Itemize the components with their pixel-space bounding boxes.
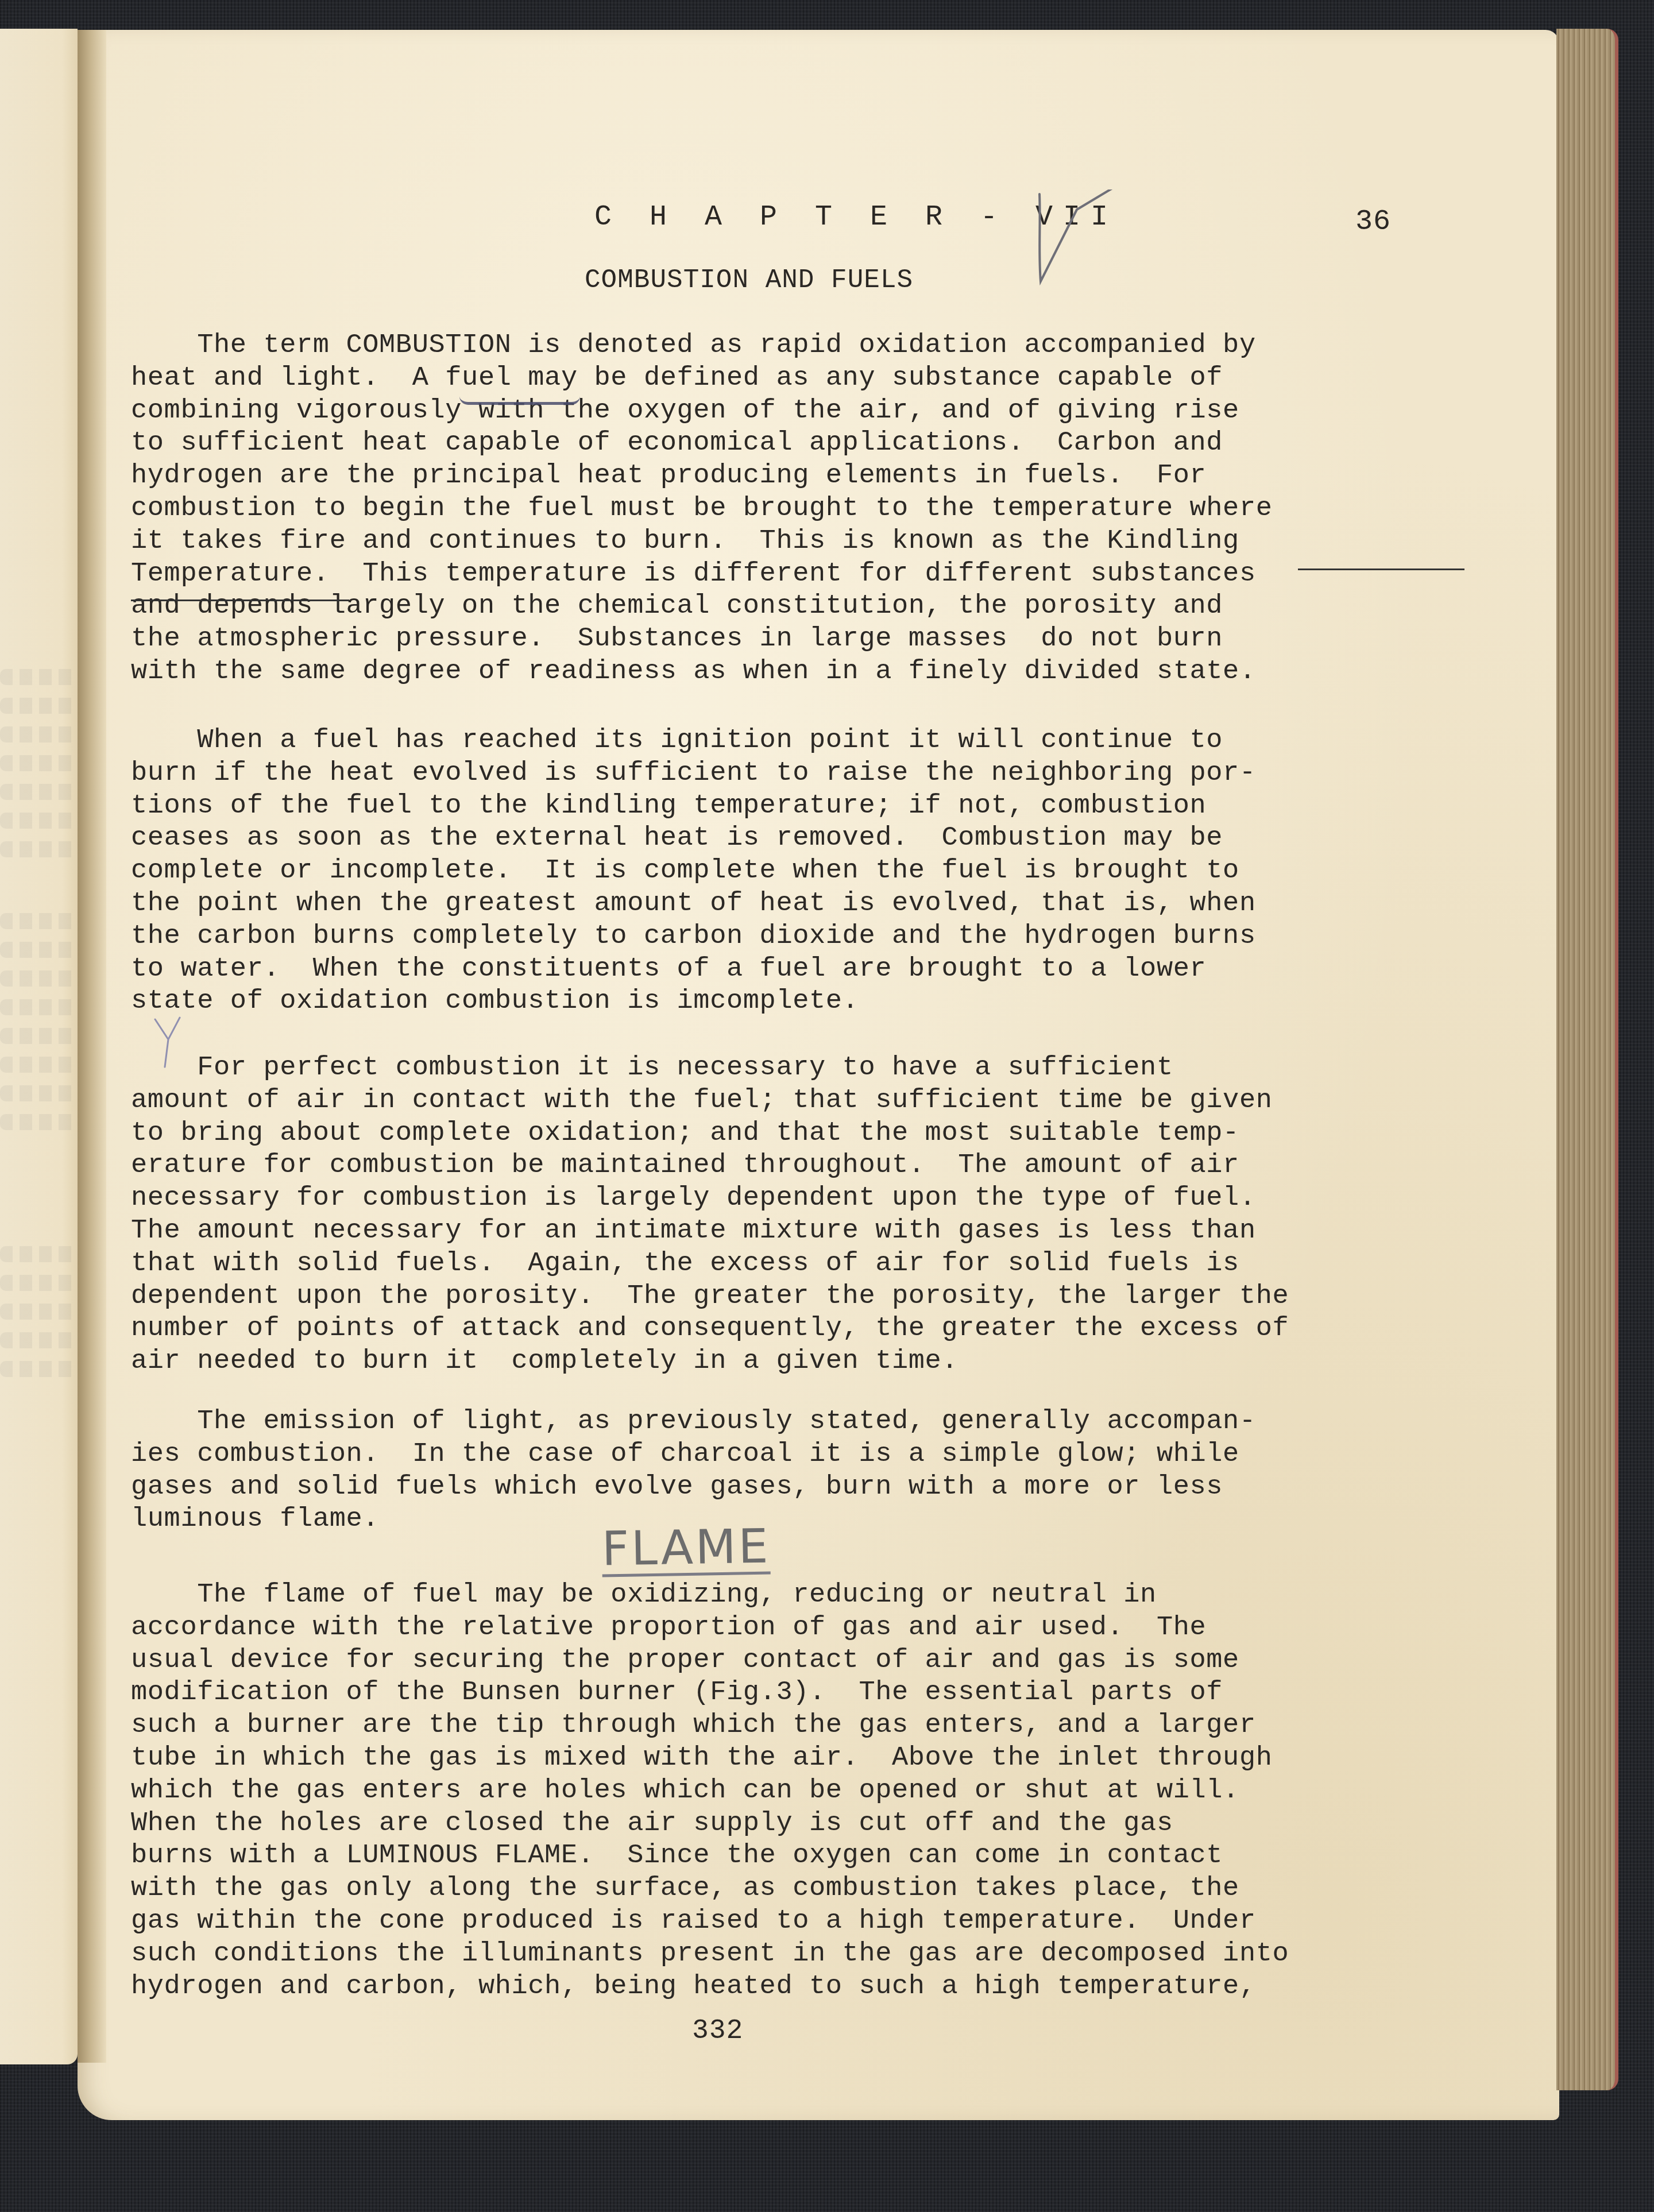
bleed-through-text	[0, 1246, 78, 1262]
previous-page-edge	[0, 29, 78, 2064]
paragraph-4: The emission of light, as previously sta…	[131, 1406, 1256, 1536]
handwritten-flame-heading: FLAME	[601, 1523, 771, 1577]
text-line: hydrogen and carbon, which, being heated…	[131, 1971, 1289, 2004]
text-line: The emission of light, as previously sta…	[131, 1406, 1256, 1438]
text-line: gas within the cone produced is raised t…	[131, 1905, 1289, 1938]
text-line: ceases as soon as the external heat is r…	[131, 822, 1256, 855]
gutter-shadow	[78, 30, 106, 2063]
text-line: amount of air in contact with the fuel; …	[131, 1085, 1289, 1117]
text-line: the atmospheric pressure. Substances in …	[131, 623, 1273, 656]
page-number-top: 36	[1355, 206, 1391, 238]
text-line: with the gas only along the surface, as …	[131, 1873, 1289, 1905]
bleed-through-text	[0, 1275, 78, 1291]
bleed-through-text	[0, 1332, 78, 1348]
text-line: erature for combustion be maintained thr…	[131, 1150, 1289, 1182]
bleed-through-text	[0, 1057, 78, 1073]
text-line: the point when the greatest amount of he…	[131, 888, 1256, 921]
text-line: necessary for combustion is largely depe…	[131, 1182, 1289, 1215]
paragraph-3: For perfect combustion it is necessary t…	[131, 1052, 1289, 1378]
bleed-through-text	[0, 841, 78, 857]
text-line: combustion to begin the fuel must be bro…	[131, 493, 1273, 525]
text-line: the carbon burns completely to carbon di…	[131, 921, 1256, 953]
text-line: number of points of attack and consequen…	[131, 1313, 1289, 1345]
book-fore-edge	[1556, 29, 1618, 2090]
bleed-through-text	[0, 1361, 78, 1377]
text-line: dependent upon the porosity. The greater…	[131, 1281, 1289, 1313]
bleed-through-text	[0, 999, 78, 1015]
bleed-through-text	[0, 913, 78, 929]
text-line: which the gas enters are holes which can…	[131, 1775, 1289, 1808]
text-line: tions of the fuel to the kindling temper…	[131, 790, 1256, 823]
bleed-through-text	[0, 1304, 78, 1320]
text-line: and depends largely on the chemical cons…	[131, 590, 1273, 623]
text-line: usual device for securing the proper con…	[131, 1645, 1289, 1677]
bleed-through-text	[0, 942, 78, 958]
text-line: heat and light. A fuel may be defined as…	[131, 362, 1273, 395]
text-line: tube in which the gas is mixed with the …	[131, 1742, 1289, 1775]
pencil-underline	[459, 396, 580, 405]
typed-underline	[1298, 569, 1464, 570]
text-line: combining vigorously with the oxygen of …	[131, 395, 1273, 428]
bleed-through-text	[0, 970, 78, 987]
text-line: to bring about complete oxidation; and t…	[131, 1117, 1289, 1150]
bleed-through-text	[0, 813, 78, 829]
bleed-through-text	[0, 1085, 78, 1101]
text-line: burns with a LUMINOUS FLAME. Since the o…	[131, 1840, 1289, 1873]
text-line: Temperature. This temperature is differe…	[131, 558, 1273, 591]
bleed-through-text	[0, 726, 78, 743]
bleed-through-text	[0, 1028, 78, 1044]
text-line: For perfect combustion it is necessary t…	[131, 1052, 1289, 1085]
text-line: such conditions the illuminants present …	[131, 1938, 1289, 1971]
bleed-through-text	[0, 755, 78, 771]
text-line: The amount necessary for an intimate mix…	[131, 1215, 1289, 1248]
text-line: When a fuel has reached its ignition poi…	[131, 725, 1256, 757]
text-line: to sufficient heat capable of economical…	[131, 427, 1273, 460]
check-mark-icon	[1034, 190, 1137, 293]
bleed-through-text	[0, 784, 78, 800]
paragraph-2: When a fuel has reached its ignition poi…	[131, 725, 1256, 1018]
text-line: accordance with the relative proportion …	[131, 1612, 1289, 1645]
text-line: ies combustion. In the case of charcoal …	[131, 1438, 1256, 1471]
page-number-bottom: 332	[692, 2016, 743, 2047]
chapter-title: COMBUSTION AND FUELS	[585, 265, 913, 295]
text-line: state of oxidation combustion is imcompl…	[131, 985, 1256, 1018]
text-line: that with solid fuels. Again, the excess…	[131, 1248, 1289, 1281]
text-line: When the holes are closed the air supply…	[131, 1808, 1289, 1840]
text-line: The term COMBUSTION is denoted as rapid …	[131, 330, 1273, 362]
bleed-through-text	[0, 669, 78, 685]
text-line: complete or incomplete. It is complete w…	[131, 855, 1256, 888]
text-line: it takes fire and continues to burn. Thi…	[131, 525, 1273, 558]
text-line: burn if the heat evolved is sufficient t…	[131, 757, 1256, 790]
bleed-through-text	[0, 1114, 78, 1130]
text-line: gases and solid fuels which evolve gases…	[131, 1471, 1256, 1504]
text-line: with the same degree of readiness as whe…	[131, 656, 1273, 689]
text-line: air needed to burn it completely in a gi…	[131, 1345, 1289, 1378]
paragraph-1: The term COMBUSTION is denoted as rapid …	[131, 330, 1273, 689]
text-line: modification of the Bunsen burner (Fig.3…	[131, 1677, 1289, 1710]
text-line: hydrogen are the principal heat producin…	[131, 460, 1273, 493]
text-line: The flame of fuel may be oxidizing, redu…	[131, 1579, 1289, 1612]
typed-underline	[131, 600, 349, 601]
paragraph-5: The flame of fuel may be oxidizing, redu…	[131, 1579, 1289, 2003]
text-line: to water. When the constituents of a fue…	[131, 953, 1256, 986]
bleed-through-text	[0, 698, 78, 714]
text-line: such a burner are the tip through which …	[131, 1710, 1289, 1742]
